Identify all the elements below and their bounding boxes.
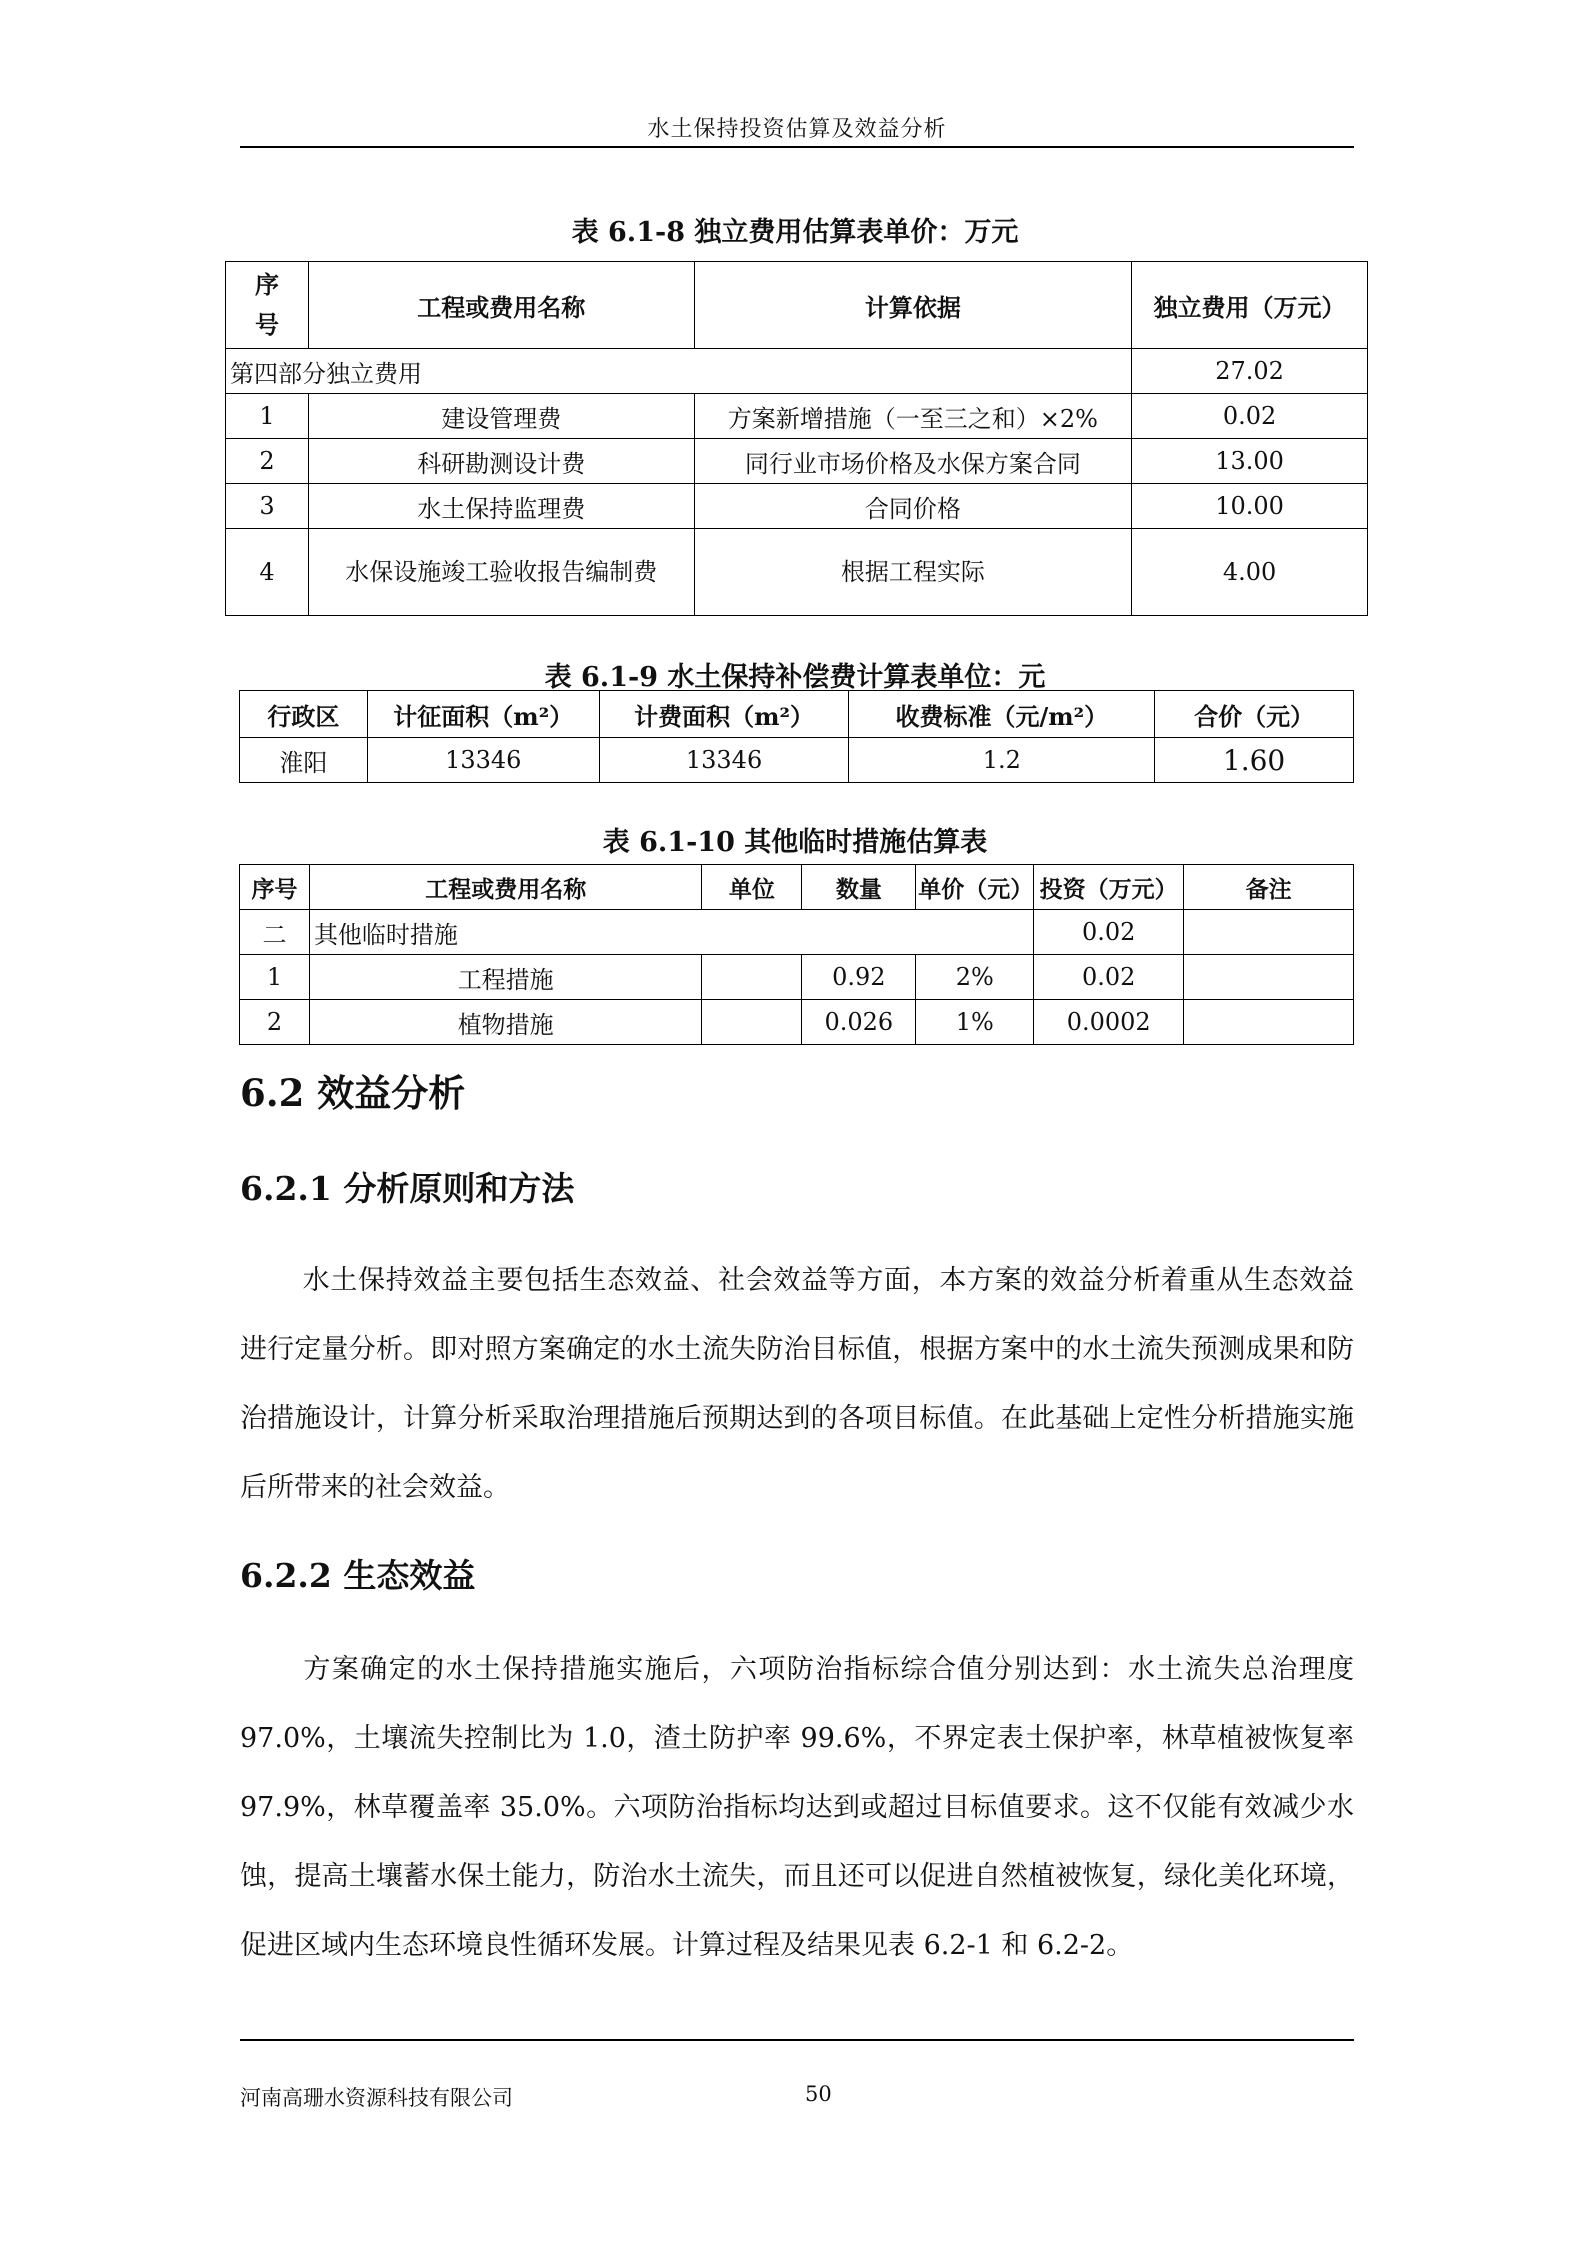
column-header-basis: 计算依据 [694, 262, 1132, 349]
cell-name: 水保设施竣工验收报告编制费 [308, 529, 694, 616]
table-subtotal-row: 二 其他临时措施 0.02 [240, 910, 1354, 955]
cell-qty: 0.026 [802, 1000, 916, 1045]
column-header-price: 单价（元） [916, 865, 1034, 910]
table-row: 1 工程措施 0.92 2% 0.02 [240, 955, 1354, 1000]
table-header-row: 行政区 计征面积（m²） 计费面积（m²） 收费标准（元/m²） 合价（元） [240, 691, 1354, 738]
cell-qty: 0.92 [802, 955, 916, 1000]
header-rule [240, 146, 1354, 148]
section-heading-6-2: 6.2 效益分析 [240, 1063, 465, 1117]
cell-seq: 2 [240, 1000, 310, 1045]
cell-seq: 1 [226, 394, 309, 439]
cell-name: 建设管理费 [308, 394, 694, 439]
cell-rate: 1.2 [849, 738, 1155, 783]
cell-name: 科研勘测设计费 [308, 439, 694, 484]
cell-seq: 2 [226, 439, 309, 484]
paragraph-6-2-1: 水土保持效益主要包括生态效益、社会效益等方面，本方案的效益分析着重从生态效益进行… [240, 1246, 1354, 1522]
column-header-seq: 序号 [226, 262, 309, 349]
subtotal-label: 其他临时措施 [309, 910, 1033, 955]
footer-rule [240, 2039, 1354, 2041]
column-header-total: 合价（元） [1155, 691, 1354, 738]
seq-label-top: 序 [255, 270, 279, 299]
cell-basis: 方案新增措施（一至三之和）×2% [694, 394, 1132, 439]
paragraph-text: 水土保持效益主要包括生态效益、社会效益等方面，本方案的效益分析着重从生态效益进行… [240, 1265, 1354, 1503]
column-header-qty: 数量 [802, 865, 916, 910]
table-6-1-10: 序号 工程或费用名称 单位 数量 单价（元） 投资（万元） 备注 二 其他临时措… [239, 864, 1354, 1045]
column-header-name: 工程或费用名称 [309, 865, 702, 910]
cell-note [1184, 1000, 1354, 1045]
cell-basis: 合同价格 [694, 484, 1132, 529]
seq-label-bottom: 号 [255, 310, 279, 339]
document-page: 水土保持投资估算及效益分析 表 6.1-8 独立费用估算表单价：万元 序号 工程… [0, 0, 1587, 2245]
cell-name: 植物措施 [309, 1000, 702, 1045]
cell-unit [702, 1000, 802, 1045]
column-header-seq: 序号 [240, 865, 310, 910]
cell-cost: 13.00 [1132, 439, 1368, 484]
cell-basis: 根据工程实际 [694, 529, 1132, 616]
subtotal-value: 27.02 [1132, 349, 1368, 394]
cell-price: 1% [916, 1000, 1034, 1045]
cell-basis: 同行业市场价格及水保方案合同 [694, 439, 1132, 484]
cell-cost: 10.00 [1132, 484, 1368, 529]
table-row: 2 科研勘测设计费 同行业市场价格及水保方案合同 13.00 [226, 439, 1368, 484]
table-row: 淮阳 13346 13346 1.2 1.60 [240, 738, 1354, 783]
table-row: 4 水保设施竣工验收报告编制费 根据工程实际 4.00 [226, 529, 1368, 616]
table-6-1-9: 行政区 计征面积（m²） 计费面积（m²） 收费标准（元/m²） 合价（元） 淮… [239, 690, 1354, 783]
table-6-1-8-caption: 表 6.1-8 独立费用估算表单价：万元 [220, 210, 1370, 249]
column-header-region: 行政区 [240, 691, 368, 738]
paragraph-text: 方案确定的水土保持措施实施后，六项防治指标综合值分别达到：水土流失总治理度 97… [240, 1654, 1354, 1961]
paragraph-6-2-2: 方案确定的水土保持措施实施后，六项防治指标综合值分别达到：水土流失总治理度 97… [240, 1635, 1354, 1980]
table-6-1-9-caption: 表 6.1-9 水土保持补偿费计算表单位：元 [220, 655, 1370, 694]
column-header-unit: 单位 [702, 865, 802, 910]
cell-name: 水土保持监理费 [308, 484, 694, 529]
cell-note [1184, 910, 1354, 955]
column-header-note: 备注 [1184, 865, 1354, 910]
table-6-1-10-caption: 表 6.1-10 其他临时措施估算表 [220, 820, 1370, 859]
table-subtotal-row: 第四部分独立费用 27.02 [226, 349, 1368, 394]
cell-investment: 0.02 [1034, 955, 1184, 1000]
table-row: 3 水土保持监理费 合同价格 10.00 [226, 484, 1368, 529]
page-number: 50 [805, 2082, 832, 2106]
running-header: 水土保持投资估算及效益分析 [240, 112, 1354, 143]
column-header-rate: 收费标准（元/m²） [849, 691, 1155, 738]
column-header-charge-area: 计费面积（m²） [599, 691, 849, 738]
cell-seq: 4 [226, 529, 309, 616]
table-header-row: 序号 工程或费用名称 单位 数量 单价（元） 投资（万元） 备注 [240, 865, 1354, 910]
cell-charge-area: 13346 [599, 738, 849, 783]
section-heading-6-2-1: 6.2.1 分析原则和方法 [240, 1163, 574, 1210]
section-heading-6-2-2: 6.2.2 生态效益 [240, 1550, 475, 1597]
cell-cost: 0.02 [1132, 394, 1368, 439]
cell-cost: 4.00 [1132, 529, 1368, 616]
cell-price: 2% [916, 955, 1034, 1000]
column-header-name: 工程或费用名称 [308, 262, 694, 349]
table-row: 1 建设管理费 方案新增措施（一至三之和）×2% 0.02 [226, 394, 1368, 439]
cell-region: 淮阳 [240, 738, 368, 783]
cell-unit [702, 955, 802, 1000]
footer-company: 河南高珊水资源科技有限公司 [240, 2082, 513, 2112]
column-header-levy-area: 计征面积（m²） [367, 691, 599, 738]
cell-seq: 1 [240, 955, 310, 1000]
cell-levy-area: 13346 [367, 738, 599, 783]
cell-seq: 二 [240, 910, 310, 955]
subtotal-investment: 0.02 [1034, 910, 1184, 955]
table-header-row: 序号 工程或费用名称 计算依据 独立费用（万元） [226, 262, 1368, 349]
cell-investment: 0.0002 [1034, 1000, 1184, 1045]
table-row: 2 植物措施 0.026 1% 0.0002 [240, 1000, 1354, 1045]
cell-seq: 3 [226, 484, 309, 529]
cell-total: 1.60 [1155, 738, 1354, 783]
cell-name: 工程措施 [309, 955, 702, 1000]
subtotal-label: 第四部分独立费用 [226, 349, 1132, 394]
column-header-cost: 独立费用（万元） [1132, 262, 1368, 349]
column-header-investment: 投资（万元） [1034, 865, 1184, 910]
cell-note [1184, 955, 1354, 1000]
table-6-1-8: 序号 工程或费用名称 计算依据 独立费用（万元） 第四部分独立费用 27.02 … [225, 261, 1368, 616]
